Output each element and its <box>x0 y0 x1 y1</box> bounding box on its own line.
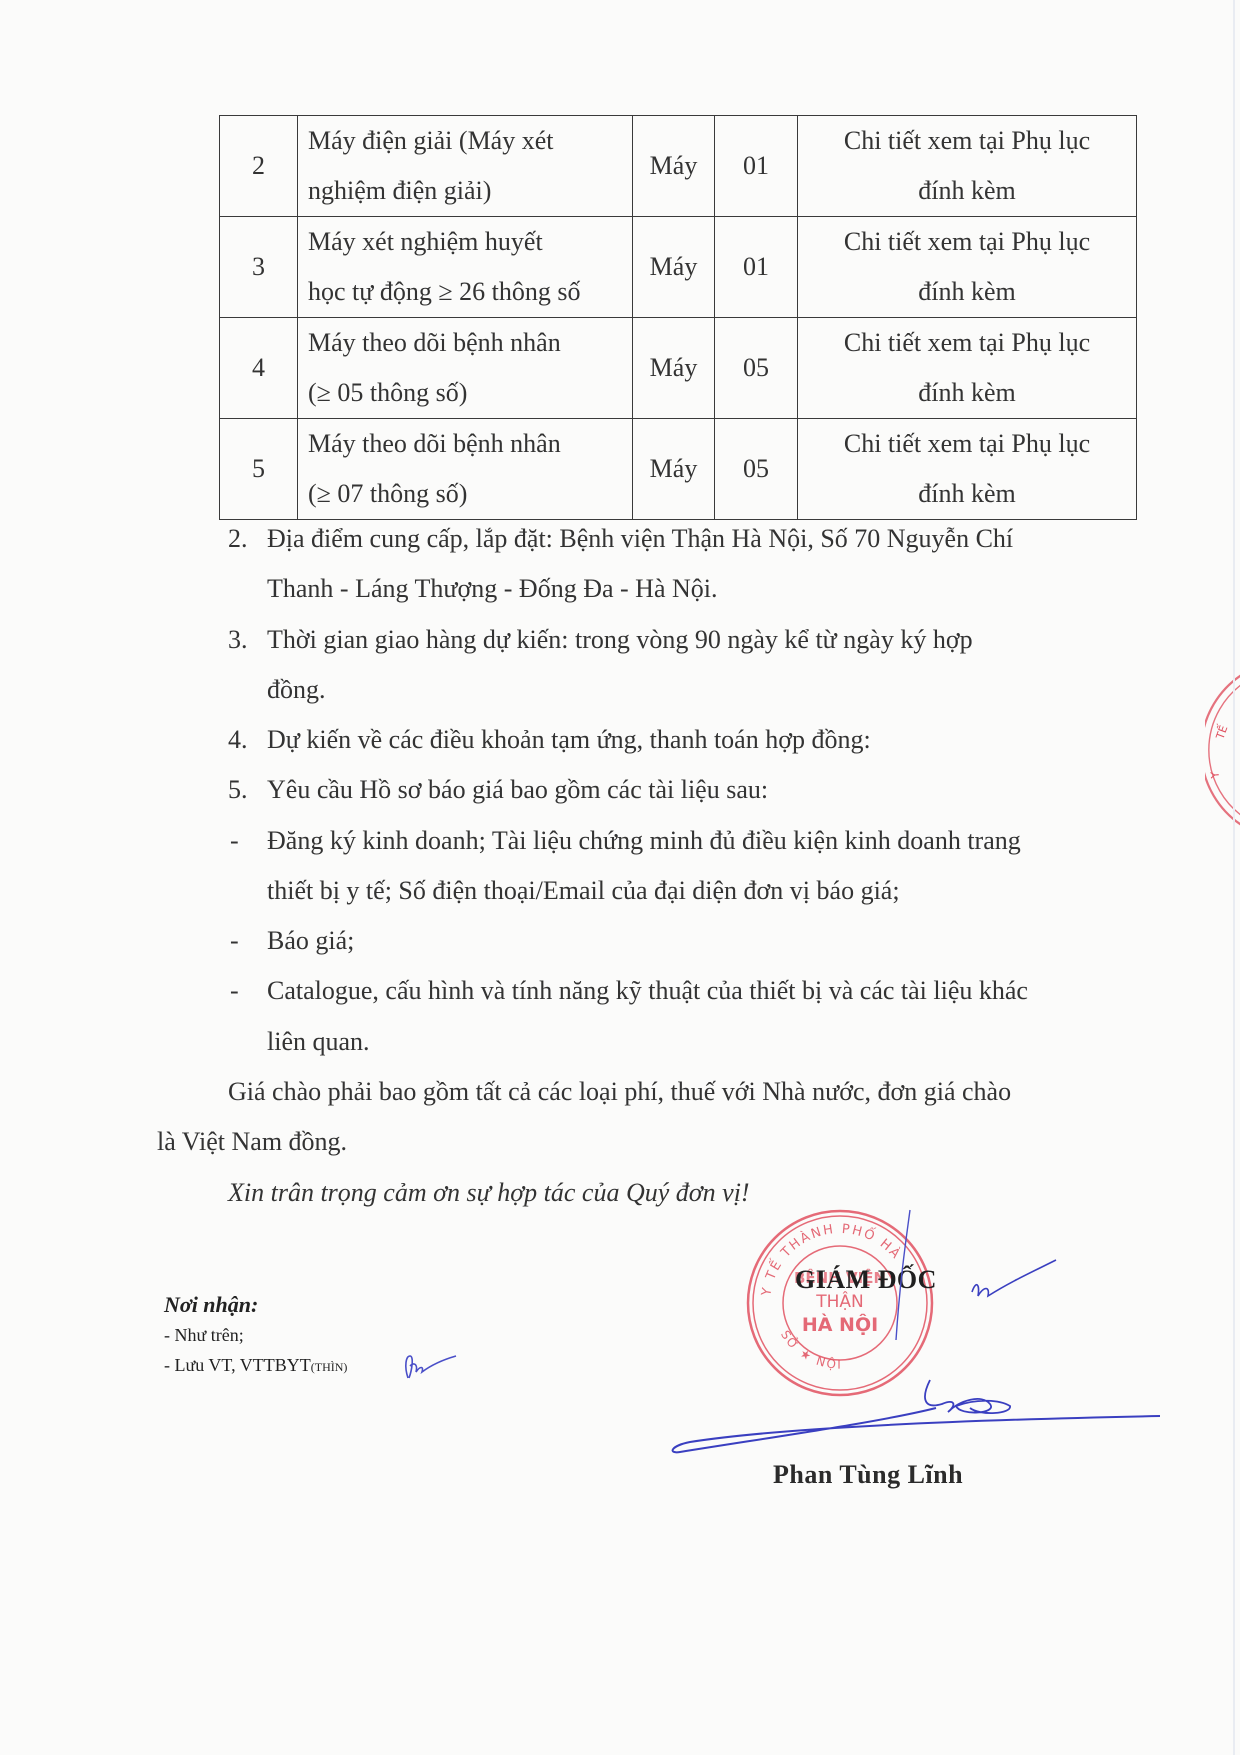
equipment-name-cell: Máy điện giải (Máy xétnghiệm điện giải) <box>298 116 633 217</box>
equipment-name-line: Máy theo dõi bệnh nhân <box>308 419 632 469</box>
row-number-cell: 4 <box>220 318 298 419</box>
unit-cell: Máy <box>633 419 715 520</box>
note-line: Chi tiết xem tại Phụ lục <box>798 419 1136 469</box>
item-text: Thanh - Láng Thượng - Đống Đa - Hà Nội. <box>267 564 717 614</box>
equipment-name-line: Máy điện giải (Máy xét <box>308 116 632 166</box>
recipient-archive: - Lưu VT, VTTBYT <box>164 1355 311 1375</box>
recipient-item: - Lưu VT, VTTBYT(THÌN) <box>164 1350 347 1382</box>
price-note: Giá chào phải bao gồm tất cả các loại ph… <box>228 1067 1011 1117</box>
equipment-table: 2Máy điện giải (Máy xétnghiệm điện giải)… <box>219 115 1137 520</box>
item-number: 2. <box>228 514 248 564</box>
note-line: đính kèm <box>798 267 1136 317</box>
bullet-mark: - <box>230 966 239 1016</box>
bullet-text: Đăng ký kinh doanh; Tài liệu chứng minh … <box>267 816 1021 866</box>
equipment-name-cell: Máy theo dõi bệnh nhân(≥ 07 thông số) <box>298 419 633 520</box>
item-number: 3. <box>228 615 248 665</box>
scan-edge-divider <box>1233 0 1235 1755</box>
note-line: Chi tiết xem tại Phụ lục <box>798 217 1136 267</box>
document-page: 2Máy điện giải (Máy xétnghiệm điện giải)… <box>0 0 1240 1755</box>
table-row: 3Máy xét nghiệm huyếthọc tự động ≥ 26 th… <box>220 217 1137 318</box>
item-text: Địa điểm cung cấp, lắp đặt: Bệnh viện Th… <box>267 514 1013 564</box>
table-row: 4Máy theo dõi bệnh nhân(≥ 05 thông số)Má… <box>220 318 1137 419</box>
row-number-cell: 2 <box>220 116 298 217</box>
table-row: 2Máy điện giải (Máy xétnghiệm điện giải)… <box>220 116 1137 217</box>
handler-initials-signature-icon <box>400 1352 460 1382</box>
equipment-name-line: Máy xét nghiệm huyết <box>308 217 632 267</box>
bullet-text: liên quan. <box>267 1017 370 1067</box>
note-line: Chi tiết xem tại Phụ lục <box>798 116 1136 166</box>
item-text: Dự kiến về các điều khoản tạm ứng, thanh… <box>267 715 871 765</box>
note-line: đính kèm <box>798 368 1136 418</box>
bullet-mark: - <box>230 916 239 966</box>
unit-cell: Máy <box>633 217 715 318</box>
svg-text:TẾ: TẾ <box>1212 723 1230 742</box>
note-line: đính kèm <box>798 469 1136 519</box>
equipment-name-cell: Máy theo dõi bệnh nhân(≥ 05 thông số) <box>298 318 633 419</box>
director-signature-icon <box>660 1200 1160 1460</box>
item-text: Yêu cầu Hồ sơ báo giá bao gồm các tài li… <box>267 765 768 815</box>
note-cell: Chi tiết xem tại Phụ lụcđính kèm <box>798 318 1137 419</box>
item-number: 4. <box>228 715 248 765</box>
equipment-name-line: Máy theo dõi bệnh nhân <box>308 318 632 368</box>
equipment-name-line: học tự động ≥ 26 thông số <box>308 267 632 317</box>
note-cell: Chi tiết xem tại Phụ lụcđính kèm <box>798 217 1137 318</box>
recipient-item: - Như trên; <box>164 1320 347 1350</box>
signer-name: Phan Tùng Lĩnh <box>773 1460 963 1490</box>
quantity-cell: 05 <box>715 419 798 520</box>
note-cell: Chi tiết xem tại Phụ lụcđính kèm <box>798 419 1137 520</box>
table-row: 5Máy theo dõi bệnh nhân(≥ 07 thông số)Má… <box>220 419 1137 520</box>
note-cell: Chi tiết xem tại Phụ lụcđính kèm <box>798 116 1137 217</box>
handler-name: (THÌN) <box>311 1360 348 1374</box>
item-number: 5. <box>228 765 248 815</box>
quantity-cell: 05 <box>715 318 798 419</box>
recipients-title: Nơi nhận: <box>164 1290 347 1320</box>
unit-cell: Máy <box>633 116 715 217</box>
bullet-text: thiết bị y tế; Số điện thoại/Email của đ… <box>267 866 900 916</box>
equipment-name-line: nghiệm điện giải) <box>308 166 632 216</box>
note-line: Chi tiết xem tại Phụ lục <box>798 318 1136 368</box>
row-number-cell: 5 <box>220 419 298 520</box>
recipients-block: Nơi nhận: - Như trên; - Lưu VT, VTTBYT(T… <box>164 1290 347 1382</box>
row-number-cell: 3 <box>220 217 298 318</box>
bullet-text: Báo giá; <box>267 916 354 966</box>
bullet-text: Catalogue, cấu hình và tính năng kỹ thuậ… <box>267 966 1028 1016</box>
item-text: Thời gian giao hàng dự kiến: trong vòng … <box>267 615 973 665</box>
quantity-cell: 01 <box>715 217 798 318</box>
item-text: đồng. <box>267 665 326 715</box>
quantity-cell: 01 <box>715 116 798 217</box>
note-line: đính kèm <box>798 166 1136 216</box>
price-note-continued: là Việt Nam đồng. <box>157 1117 347 1167</box>
equipment-name-cell: Máy xét nghiệm huyếthọc tự động ≥ 26 thô… <box>298 217 633 318</box>
svg-text:Y: Y <box>1208 771 1222 780</box>
equipment-name-line: (≥ 07 thông số) <box>308 469 632 519</box>
bullet-mark: - <box>230 816 239 866</box>
unit-cell: Máy <box>633 318 715 419</box>
equipment-name-line: (≥ 05 thông số) <box>308 368 632 418</box>
